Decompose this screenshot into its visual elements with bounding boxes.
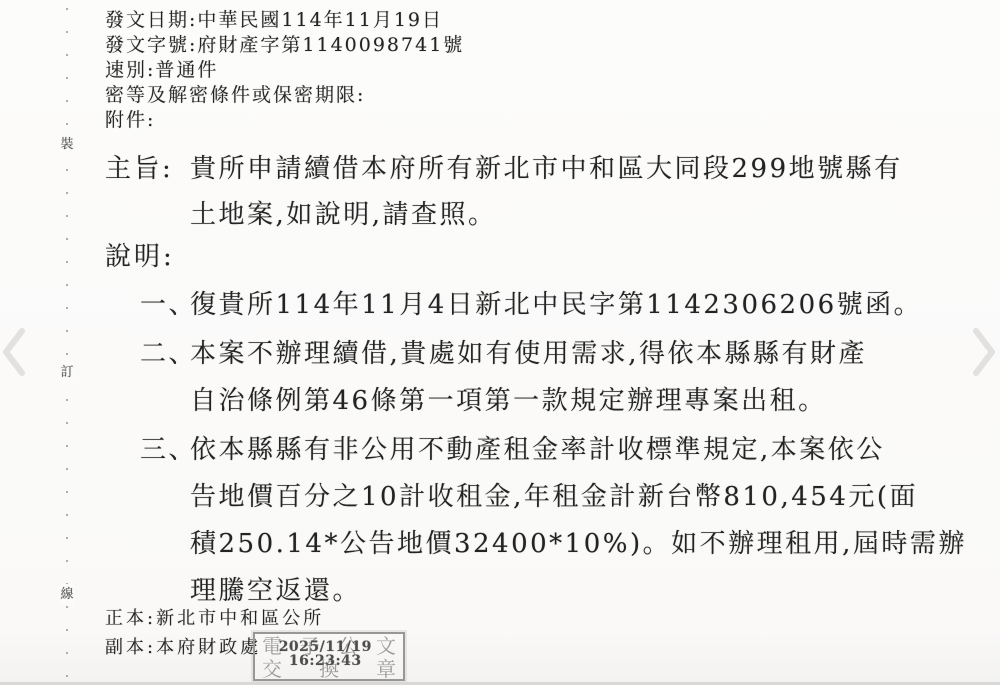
stamp-datetime: 2025/11/19 16:23:43 (279, 641, 372, 668)
item-2-line-1: 本案不辦理續借,貴處如有使用需求,得依本縣縣有財產 (190, 331, 867, 378)
reference-number-line: 發文字號:府財產字第1140098741號 (105, 33, 464, 58)
document-header: 發文日期:中華民國114年11月19日 發文字號:府財產字第1140098741… (105, 8, 464, 133)
subject-block: 主旨: 貴所申請續借本府所有新北市中和區大同段299地號縣有 土地案,如說明,請… (105, 146, 903, 238)
speed-class-line: 速別:普通件 (105, 58, 464, 83)
electronic-exchange-stamp: 電子公文 交換章 2025/11/19 16:23:43 (253, 632, 405, 681)
item-1-line-1: 復貴所114年11月4日新北中民字第1142306206號函。 (190, 282, 922, 329)
scanned-official-letter: 裝 訂 線 發文日期:中華民國114年11月19日 發文字號:府財產字第1140… (0, 0, 1000, 685)
item-3-text: 依本縣縣有非公用不動產租金率計收標準規定,本案依公 告地價百分之10計收租金,年… (190, 427, 967, 615)
explanation-item-1: 一、 復貴所114年11月4日新北中民字第1142306206號函。 (140, 282, 967, 329)
item-3-line-3: 積250.14*公告地價32400*10%)。如不辦理租用,屆時需辦 (190, 521, 967, 568)
item-2-text: 本案不辦理續借,貴處如有使用需求,得依本縣縣有財產 自治條例第46條第一項第一款… (190, 331, 867, 425)
attachment-line: 附件: (105, 108, 464, 133)
chevron-right-icon[interactable] (971, 326, 997, 378)
explanation-items: 一、 復貴所114年11月4日新北中民字第1142306206號函。 二、 本案… (140, 282, 967, 617)
security-class-line: 密等及解密條件或保密期限: (105, 83, 464, 108)
issue-date-line: 發文日期:中華民國114年11月19日 (105, 8, 464, 33)
explanation-item-2: 二、 本案不辦理續借,貴處如有使用需求,得依本縣縣有財產 自治條例第46條第一項… (140, 331, 967, 425)
chevron-left-icon[interactable] (1, 326, 27, 378)
item-3-line-2: 告地價百分之10計收租金,年租金計新台幣810,454元(面 (190, 474, 967, 521)
subject-text: 貴所申請續借本府所有新北市中和區大同段299地號縣有 土地案,如說明,請查照。 (190, 146, 903, 238)
stamp-time: 16:23:43 (279, 655, 372, 669)
item-3-line-1: 依本縣縣有非公用不動產租金率計收標準規定,本案依公 (190, 427, 967, 474)
item-2-line-2: 自治條例第46條第一項第一款規定辦理專案出租。 (190, 378, 867, 425)
subject-line-1: 貴所申請續借本府所有新北市中和區大同段299地號縣有 (190, 146, 903, 192)
explanation-item-3: 三、 依本縣縣有非公用不動產租金率計收標準規定,本案依公 告地價百分之10計收租… (140, 427, 967, 615)
explanation-label: 說明: (105, 236, 175, 273)
binding-edge: 裝 訂 線 (62, 4, 72, 685)
original-recipient-line: 正本:新北市中和區公所 (105, 604, 324, 633)
binding-char-xian: 線 (60, 584, 73, 605)
subject-line-2: 土地案,如說明,請查照。 (190, 192, 903, 238)
item-1-text: 復貴所114年11月4日新北中民字第1142306206號函。 (190, 282, 922, 329)
item-3-marker: 三、 (140, 427, 190, 615)
subject-label: 主旨: (105, 146, 190, 238)
item-2-marker: 二、 (140, 331, 190, 425)
binding-char-zhuang: 裝 (60, 134, 73, 155)
binding-char-ding: 訂 (60, 362, 73, 383)
binding-dotted-line (66, 8, 68, 683)
item-1-marker: 一、 (140, 282, 190, 329)
